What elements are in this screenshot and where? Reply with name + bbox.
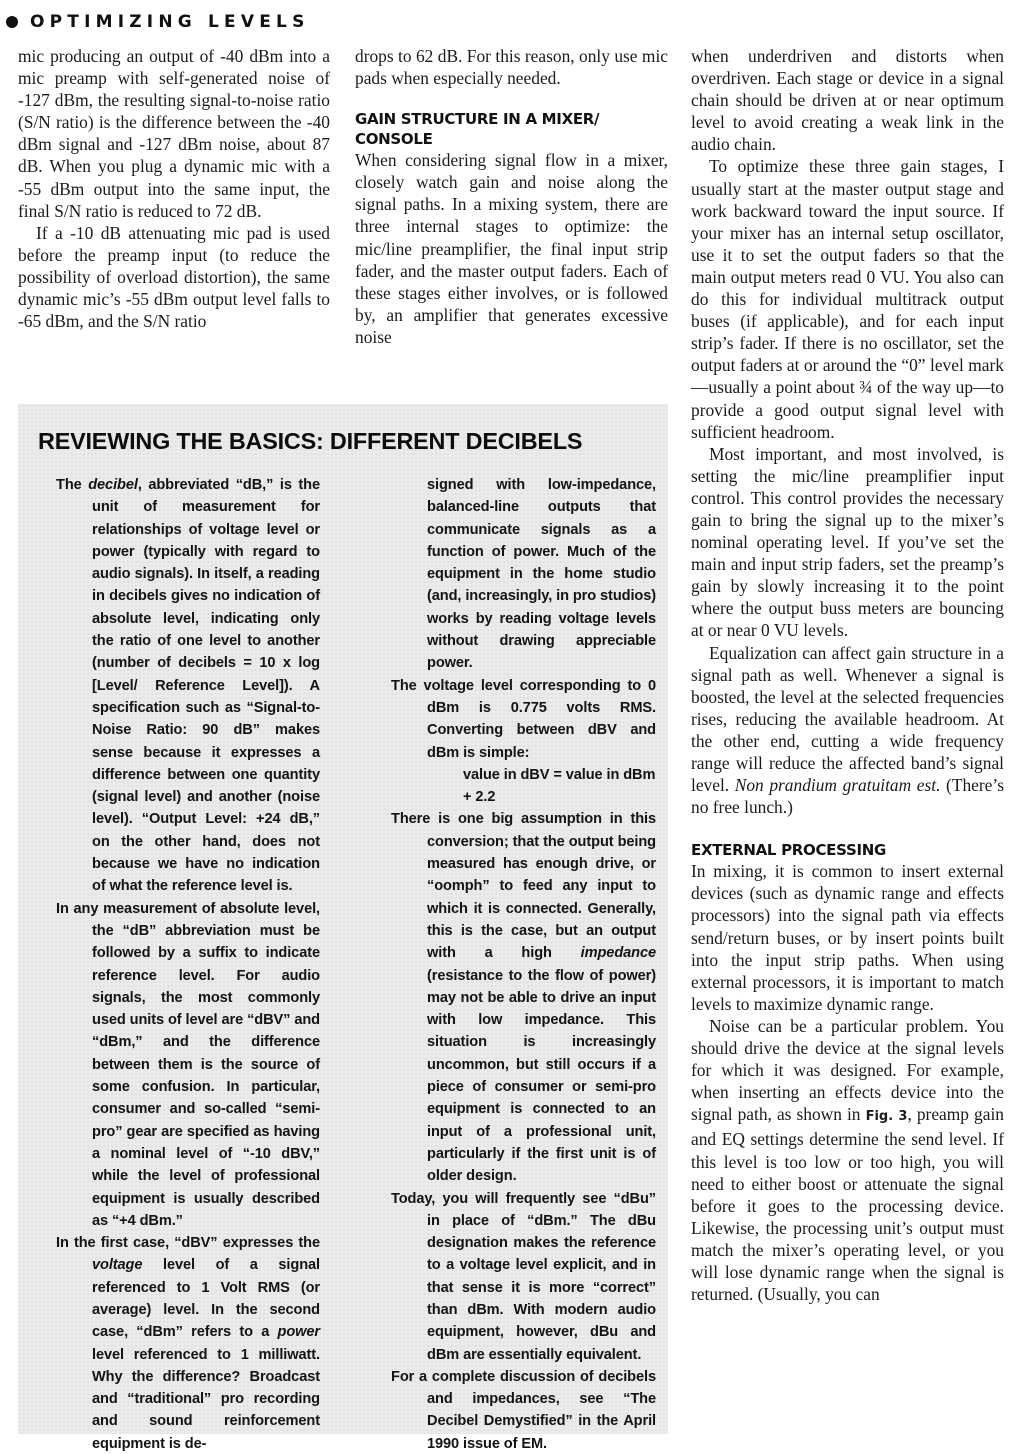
- subheading-gain-structure: GAIN STRUCTURE IN A MIXER/ CONSOLE: [355, 109, 668, 149]
- text: (resistance to the flow of power) may no…: [427, 968, 656, 1185]
- article-column-1: mic producing an output of -40 dBm into …: [18, 45, 330, 332]
- paragraph: when underdriven and distorts when overd…: [691, 45, 1004, 155]
- sidebar-column-2: signed with low-impedance, balanced-line…: [391, 474, 656, 1454]
- section-header: OPTIMIZING LEVELS: [6, 12, 310, 32]
- paragraph: Noise can be a particular problem. You s…: [691, 1015, 1004, 1305]
- text: , preamp gain and EQ settings determine …: [691, 1104, 1004, 1304]
- article-column-2: drops to 62 dB. For this reason, only us…: [355, 45, 668, 348]
- figure-reference: Fig. 3: [866, 1109, 908, 1124]
- sidebar-column-1: The decibel, abbreviated “dB,” is the un…: [56, 474, 320, 1454]
- paragraph: mic producing an output of -40 dBm into …: [18, 45, 330, 222]
- paragraph: In mixing, it is common to insert extern…: [691, 860, 1004, 1015]
- sidebar-paragraph: The voltage level corresponding to 0 dBm…: [391, 675, 656, 764]
- paragraph: To optimize these three gain stages, I u…: [691, 155, 1004, 442]
- paragraph: Most important, and most involved, is se…: [691, 443, 1004, 642]
- paragraph: drops to 62 dB. For this reason, only us…: [355, 45, 668, 89]
- paragraph: Equalization can affect gain structure i…: [691, 642, 1004, 819]
- paragraph: When considering signal flow in a mixer,…: [355, 149, 668, 348]
- sidebar-paragraph: signed with low-impedance, balanced-line…: [391, 474, 656, 675]
- latin-phrase: Non prandium gratuitam est.: [735, 775, 941, 795]
- emphasis: decibel: [88, 477, 138, 493]
- section-title: OPTIMIZING LEVELS: [30, 12, 310, 32]
- text: In the first case, “dBV” expresses the: [56, 1235, 320, 1251]
- sidebar-paragraph: Today, you will frequently see “dBu” in …: [391, 1188, 656, 1366]
- text: , abbreviated “dB,” is the unit of measu…: [92, 477, 320, 894]
- text: Equalization can affect gain structure i…: [691, 643, 1004, 796]
- sidebar-paragraph: The decibel, abbreviated “dB,” is the un…: [56, 474, 320, 898]
- sidebar-paragraph: For a complete discussion of decibels an…: [391, 1366, 656, 1454]
- bullet-icon: [6, 16, 18, 28]
- text: There is one big assumption in this conv…: [391, 811, 656, 961]
- text: The: [56, 477, 88, 493]
- emphasis: power: [278, 1324, 320, 1340]
- sidebar-title: REVIEWING THE BASICS: DIFFERENT DECIBELS: [38, 428, 582, 455]
- paragraph: If a -10 dB attenuating mic pad is used …: [18, 222, 330, 332]
- article-column-3: when underdriven and distorts when overd…: [691, 45, 1004, 1305]
- emphasis: impedance: [581, 945, 656, 961]
- sidebar-paragraph: In the first case, “dBV” expresses the v…: [56, 1232, 320, 1454]
- subheading-external-processing: EXTERNAL PROCESSING: [691, 840, 1004, 860]
- emphasis: voltage: [92, 1257, 142, 1273]
- sidebar-paragraph: In any measurement of absolute level, th…: [56, 898, 320, 1232]
- text: level referenced to 1 milliwatt. Why the…: [92, 1347, 320, 1452]
- conversion-formula: value in dBV = value in dBm + 2.2: [391, 764, 656, 809]
- sidebar-paragraph: There is one big assumption in this conv…: [391, 808, 656, 1187]
